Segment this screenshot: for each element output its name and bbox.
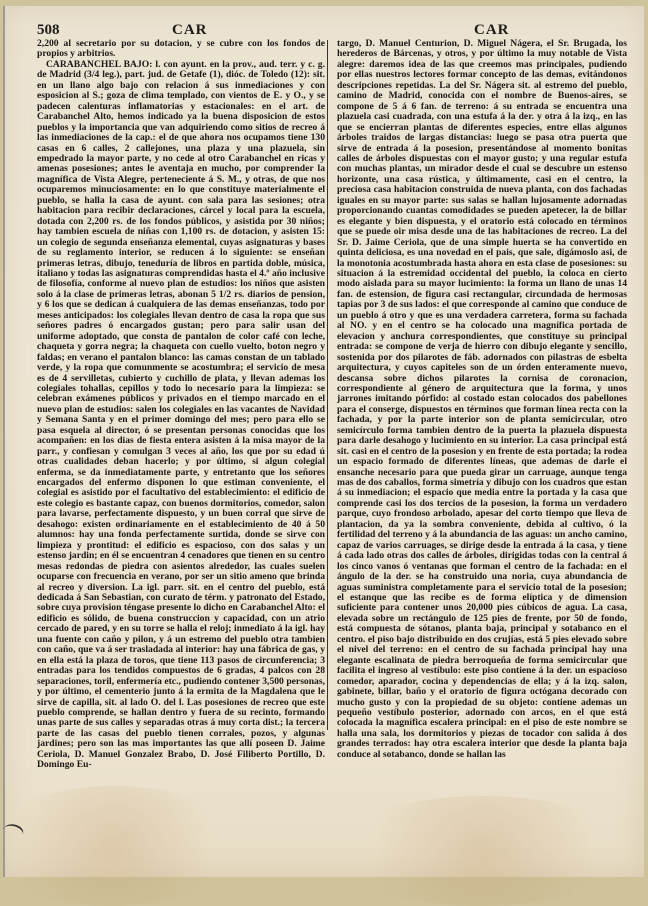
right-column: targo, D. Manuel Centurion, D. Miguel Ná… — [337, 39, 627, 760]
right-running-head: CAR — [474, 22, 510, 39]
paper-stain — [0, 786, 243, 877]
paragraph: 2,200 al secretario por su dotacion, y s… — [37, 39, 325, 60]
left-column: 2,200 al secretario por su dotacion, y s… — [37, 39, 325, 771]
scanned-page: 508 CAR CAR 2,200 al secretario por su d… — [3, 6, 644, 877]
column-divider — [327, 40, 328, 730]
paper-stain — [333, 796, 633, 877]
page-number: 508 — [37, 22, 60, 39]
paragraph-carabanchel-bajo: CARABANCHEL BAJO: l. con ayunt. en la pr… — [37, 60, 325, 771]
left-running-head: CAR — [172, 22, 208, 39]
paragraph: targo, D. Manuel Centurion, D. Miguel Ná… — [337, 39, 627, 760]
